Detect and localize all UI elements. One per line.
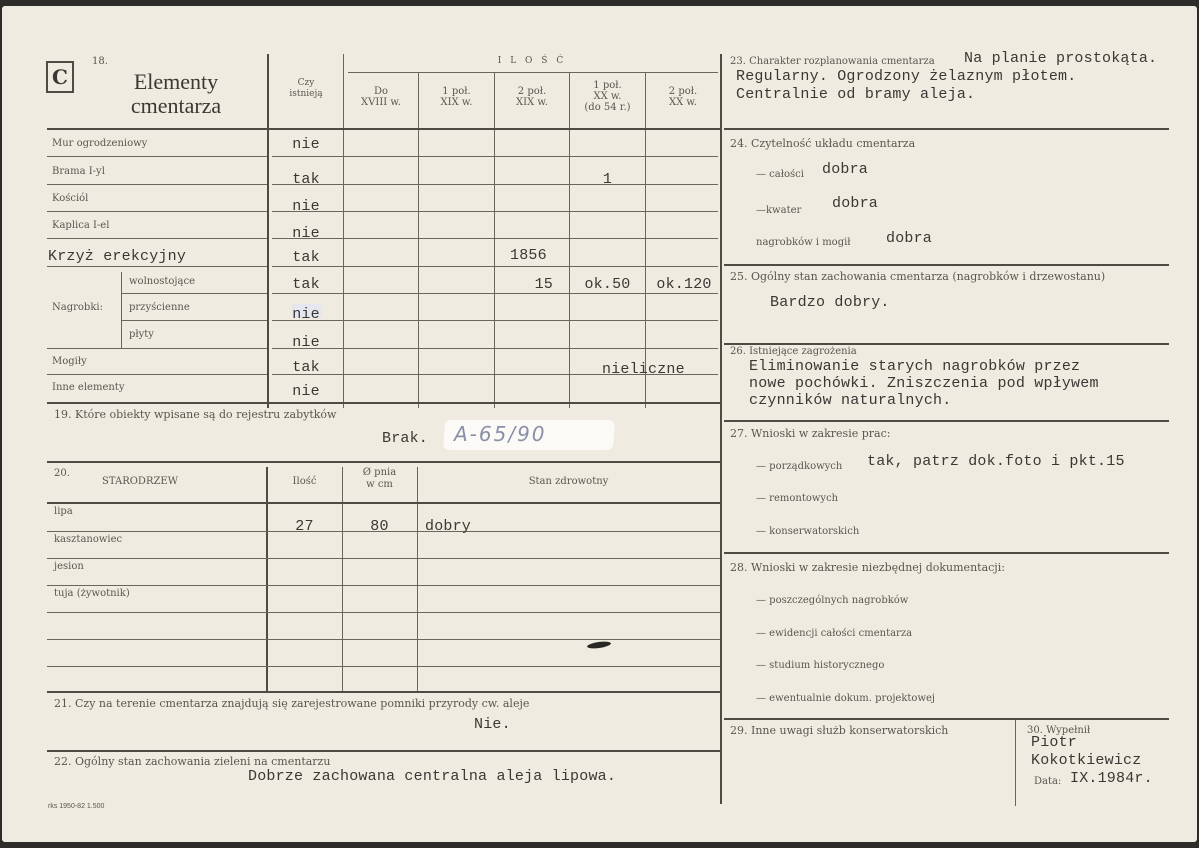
nagrobki-group-label: Nagrobki: <box>52 302 103 313</box>
period-header-3: 1 poł. XX w. (do 54 r.) <box>570 80 645 113</box>
q20-col-health: Stan zdrowotny <box>417 476 720 487</box>
q25-label: 25. Ogólny stan zachowania cmentarza (na… <box>730 270 1105 283</box>
q21-answer: Nie. <box>474 716 511 733</box>
nagrobki-divider <box>121 272 122 348</box>
exists-mogily: tak <box>269 359 343 376</box>
q26-label: 26. Istniejące zagrożenia <box>730 346 857 357</box>
q23-answer-line-3: Centralnie od bramy aleja. <box>736 86 975 103</box>
qty-wolnostojace-p3: 15 <box>495 276 553 293</box>
divider-col-5 <box>645 72 646 408</box>
title-line-1: Elementy <box>106 70 246 94</box>
q22-answer: Dobrze zachowana centralna aleja lipowa. <box>248 768 616 785</box>
quantity-group-header: I L O Ś Ć <box>344 56 720 66</box>
q28-label: 28. Wnioski w zakresie niezbędnej dokume… <box>730 561 1005 574</box>
q26-bottom-line <box>724 420 1169 422</box>
divider-main-vertical <box>720 54 722 804</box>
q21-bottom-line <box>47 750 720 752</box>
q27-label: 27. Wnioski w zakresie prac: <box>730 427 890 440</box>
q20-number: 20. <box>54 468 70 479</box>
q24-label: 24. Czytelność układu cmentarza <box>730 137 915 150</box>
cemetery-record-card: C 18. Elementy cmentarza Czy istnieją I … <box>2 6 1197 842</box>
print-info: rks 1950-82 1.500 <box>48 803 104 810</box>
q28-item-3: — studium historycznego <box>756 660 884 671</box>
q25-answer: Bardzo dobry. <box>770 294 890 311</box>
row-label-przyscienne: przyścienne <box>129 302 190 313</box>
tree-label-lipa: lipa <box>54 506 73 517</box>
qty-brama-p4: 1 <box>570 171 645 188</box>
q24-item-nagrobkow-label: nagrobków i mogił <box>756 237 851 248</box>
row-label-wolnostojace: wolnostojące <box>129 276 195 287</box>
tree-count-lipa: 27 <box>267 518 342 535</box>
q26-answer-line-1: Eliminowanie starych nagrobków przez <box>749 358 1080 375</box>
q28-item-1: — poszczególnych nagrobków <box>756 595 908 606</box>
q19-answer: Brak. <box>382 430 428 447</box>
row-label-kaplica: Kaplica I-el <box>52 220 109 231</box>
tree-diameter-lipa: 80 <box>342 518 417 535</box>
q28-bottom-line <box>724 718 1169 720</box>
q27-item-remontowych-label: — remontowych <box>756 493 838 504</box>
section-number: 18. <box>92 56 108 67</box>
q30-date-label: Data: <box>1034 776 1061 787</box>
table-header-bottom-line <box>47 128 720 130</box>
section-title: Elementy cmentarza <box>106 70 246 118</box>
qty-mogily-p4: nieliczne <box>602 361 685 378</box>
q24-bottom-line <box>724 264 1169 266</box>
qty-wolnostojace-p5: ok.120 <box>646 276 722 293</box>
exists-plyty: nie <box>269 334 343 351</box>
q27-bottom-line <box>724 552 1169 554</box>
row-label-plyty: płyty <box>129 329 154 340</box>
tree-label-jesion: jesion <box>54 561 84 572</box>
divider-col-2 <box>418 72 419 408</box>
row-label-kosciol: Kościól <box>52 193 88 204</box>
q27-item-konserwatorskich-label: — konserwatorskich <box>756 526 859 537</box>
q24-item-calosci-value: dobra <box>822 161 868 178</box>
q24-item-kwater-value: dobra <box>832 195 878 212</box>
q20-divider-2 <box>342 467 343 691</box>
divider-col-3 <box>494 72 495 408</box>
q27-item-porzadkowych-label: — porządkowych <box>756 461 842 472</box>
q26-answer-line-3: czynników naturalnych. <box>749 392 951 409</box>
col-exists-header: Czy istnieją <box>269 78 343 100</box>
period-header-1: 1 poł. XIX w. <box>419 86 494 108</box>
q27-item-porzadkowych-value: tak, patrz dok.foto i pkt.15 <box>867 453 1125 470</box>
period-header-0: Do XVIII w. <box>344 86 418 108</box>
q20-divider-3 <box>417 467 418 691</box>
q24-item-kwater-label: —kwater <box>756 205 801 216</box>
period-header-4: 2 poł. XX w. <box>646 86 720 108</box>
q30-date-value: IX.1984r. <box>1070 770 1153 787</box>
row-label-mur: Mur ogrodzeniowy <box>52 138 147 149</box>
q28-item-2: — ewidencji całości cmentarza <box>756 628 912 639</box>
exists-wolnostojace: tak <box>269 276 343 293</box>
q29-q30-divider <box>1015 720 1016 806</box>
q20-col-count: Ilość <box>267 476 342 487</box>
q24-item-nagrobkow-value: dobra <box>886 230 932 247</box>
q19-pencil-note: A-65/90 <box>454 422 547 446</box>
q26-answer-line-2: nowe pochówki. Zniszczenia pod wpływem <box>749 375 1099 392</box>
q25-bottom-line <box>724 343 1169 345</box>
exists-inne: nie <box>269 383 343 400</box>
exists-przyscienne: nie <box>269 306 343 323</box>
exists-krzyz: tak <box>269 249 343 266</box>
table-bottom-line <box>47 402 720 404</box>
q20-col-diameter: Ø pnia w cm <box>342 467 417 491</box>
divider-col-4 <box>569 72 570 408</box>
q21-label: 21. Czy na terenie cmentarza znajdują si… <box>54 697 529 710</box>
q23-answer-line-1: Na planie prostokąta. <box>964 50 1157 67</box>
tree-health-lipa: dobry <box>425 518 471 535</box>
exists-kaplica: nie <box>269 225 343 242</box>
q20-col-tree: STARODRZEW <box>102 476 178 487</box>
q22-label: 22. Ogólny stan zachowania zieleni na cm… <box>54 755 330 768</box>
title-line-2: cmentarza <box>106 94 246 118</box>
row-label-mogily: Mogiły <box>52 356 87 367</box>
q20-bottom-line <box>47 691 720 693</box>
q20-header-line <box>47 502 720 504</box>
exists-brama: tak <box>269 171 343 188</box>
q28-item-4: — ewentualnie dokum. projektowej <box>756 693 935 704</box>
qty-wolnostojace-p4: ok.50 <box>570 276 645 293</box>
exists-kosciol: nie <box>269 198 343 215</box>
q23-label: 23. Charakter rozplanowania cmentarza <box>730 56 935 67</box>
q30-name-line-1: Piotr <box>1031 734 1077 751</box>
q23-answer-line-2: Regularny. Ogrodzony żelaznym płotem. <box>736 68 1076 85</box>
q29-label: 29. Inne uwagi służb konserwatorskich <box>730 724 948 737</box>
q23-bottom-line <box>724 128 1169 130</box>
q20-divider-1 <box>266 467 268 691</box>
tree-label-kasztanowiec: kasztanowiec <box>54 534 122 545</box>
exists-mur: nie <box>269 136 343 153</box>
q30-name-line-2: Kokotkiewicz <box>1031 752 1141 769</box>
q19-bottom-line <box>47 461 720 463</box>
qty-krzyz-p3: 1856 <box>510 247 547 264</box>
period-header-2: 2 poł. XIX w. <box>495 86 569 108</box>
q24-item-calosci-label: — całości <box>756 169 804 180</box>
row-label-brama: Brama I-yl <box>52 166 105 177</box>
tree-label-tuja: tuja (żywotnik) <box>54 588 130 599</box>
ink-smudge <box>587 640 612 649</box>
quantity-header-line <box>348 72 718 73</box>
q19-label: 19. Które obiekty wpisane są do rejestru… <box>54 408 336 421</box>
row-label-krzyz: Krzyż erekcyjny <box>48 248 186 265</box>
section-letter-box: C <box>46 61 74 93</box>
row-label-inne: Inne elementy <box>52 382 124 393</box>
